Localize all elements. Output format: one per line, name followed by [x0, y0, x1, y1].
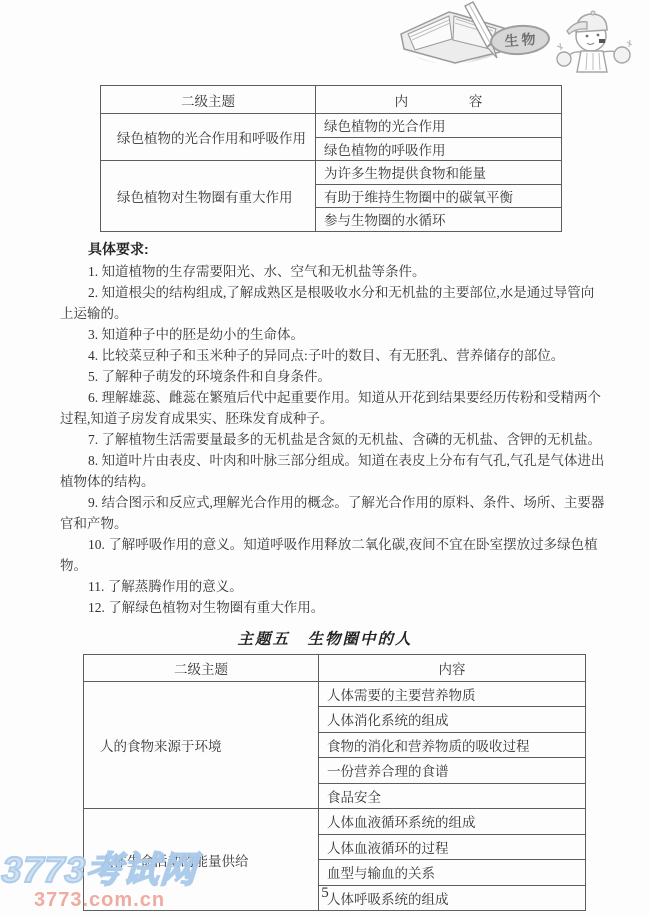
- page-number: 5: [0, 885, 650, 902]
- requirements-section: 具体要求: 1. 知道植物的生存需要阳光、水、空气和无机盐等条件。 2. 知道根…: [60, 239, 605, 618]
- requirement-item: 10. 了解呼吸作用的意义。知道呼吸作用释放二氧化碳,夜间不宜在卧室摆放过多绿色…: [60, 534, 605, 576]
- content-cell: 食物的消化和营养物质的吸收过程: [319, 732, 586, 758]
- content-cell: 为许多生物提供食物和能量: [316, 161, 562, 185]
- subject-badge-label: 生物: [501, 29, 539, 52]
- content-cell: 人体需要的主要营养物质: [319, 681, 586, 707]
- section-heading: 主题五 生物圈中的人: [0, 627, 650, 649]
- header-cell-content: 内容: [316, 86, 562, 114]
- requirement-item: 5. 了解种子萌发的环境条件和自身条件。: [60, 366, 605, 387]
- header-cell-topic: 二级主题: [101, 86, 316, 114]
- header-cell-topic: 二级主题: [84, 654, 319, 681]
- content-cell: 人体血液循环系统的组成: [319, 809, 586, 835]
- requirement-item: 6. 理解雄蕊、雌蕊在繁殖后代中起重要作用。知道从开花到结果要经历传粉和受精两个…: [60, 387, 605, 429]
- requirement-item: 1. 知道植物的生存需要阳光、水、空气和无机盐等条件。: [60, 261, 605, 282]
- content-cell: 一份营养合理的食谱: [319, 758, 586, 784]
- table-header-row: 二级主题 内容: [101, 86, 562, 114]
- header-decoration: 生物: [393, 0, 650, 78]
- requirement-item: 9. 结合图示和反应式,理解光合作用的概念。了解光合作用的原料、条件、场所、主要…: [60, 492, 605, 534]
- table-row: 人的食物来源于环境 人体需要的主要营养物质: [84, 681, 586, 707]
- requirement-item: 7. 了解植物生活需要量最多的无机盐是含氮的无机盐、含磷的无机盐、含钾的无机盐。: [60, 429, 605, 450]
- mascot-icon: [543, 2, 638, 77]
- table-row: 绿色植物对生物圈有重大作用 为许多生物提供食物和能量: [101, 161, 562, 185]
- document-page: 生物 二级主题 内容 绿色植物的光合作用和呼吸作用: [0, 0, 650, 915]
- content-cell: 人体血液循环的过程: [319, 834, 586, 860]
- topic-cell: 绿色植物对生物圈有重大作用: [101, 161, 316, 232]
- topics-table-plants: 二级主题 内容 绿色植物的光合作用和呼吸作用 绿色植物的光合作用 绿色植物的呼吸…: [100, 85, 562, 232]
- content-cell: 绿色植物的呼吸作用: [316, 137, 562, 161]
- requirement-item: 2. 知道根尖的结构组成,了解成熟区是根吸收水分和无机盐的主要部位,水是通过导管…: [60, 282, 605, 324]
- header-cell-content: 内容: [319, 654, 586, 681]
- content-cell: 食品安全: [319, 783, 586, 809]
- content-cell: 血型与输血的关系: [319, 860, 586, 886]
- content-cell: 人体消化系统的组成: [319, 707, 586, 733]
- table-row: 人体生命活动的能量供给 人体血液循环系统的组成: [84, 809, 586, 835]
- topics-table-human: 二级主题 内容 人的食物来源于环境 人体需要的主要营养物质 人体消化系统的组成 …: [83, 654, 586, 912]
- table-header-row: 二级主题 内容: [84, 654, 586, 681]
- content-cell: 有助于维持生物圈中的碳氧平衡: [316, 184, 562, 208]
- requirements-heading: 具体要求:: [88, 239, 605, 260]
- requirement-item: 8. 知道叶片由表皮、叶肉和叶脉三部分组成。知道在表皮上分布有气孔,气孔是气体进…: [60, 450, 605, 492]
- table-row: 绿色植物的光合作用和呼吸作用 绿色植物的光合作用: [101, 114, 562, 138]
- topic-cell: 人的食物来源于环境: [84, 681, 319, 809]
- requirement-item: 4. 比较菜豆种子和玉米种子的异同点:子叶的数目、有无胚乳、营养储存的部位。: [60, 345, 605, 366]
- content-cell: 参与生物圈的水循环: [316, 208, 562, 232]
- requirement-item: 12. 了解绿色植物对生物圈有重大作用。: [60, 597, 605, 618]
- requirement-item: 3. 知道种子中的胚是幼小的生命体。: [60, 324, 605, 345]
- content-cell: 绿色植物的光合作用: [316, 114, 562, 138]
- topic-cell: 绿色植物的光合作用和呼吸作用: [101, 114, 316, 161]
- requirement-item: 11. 了解蒸腾作用的意义。: [60, 576, 605, 597]
